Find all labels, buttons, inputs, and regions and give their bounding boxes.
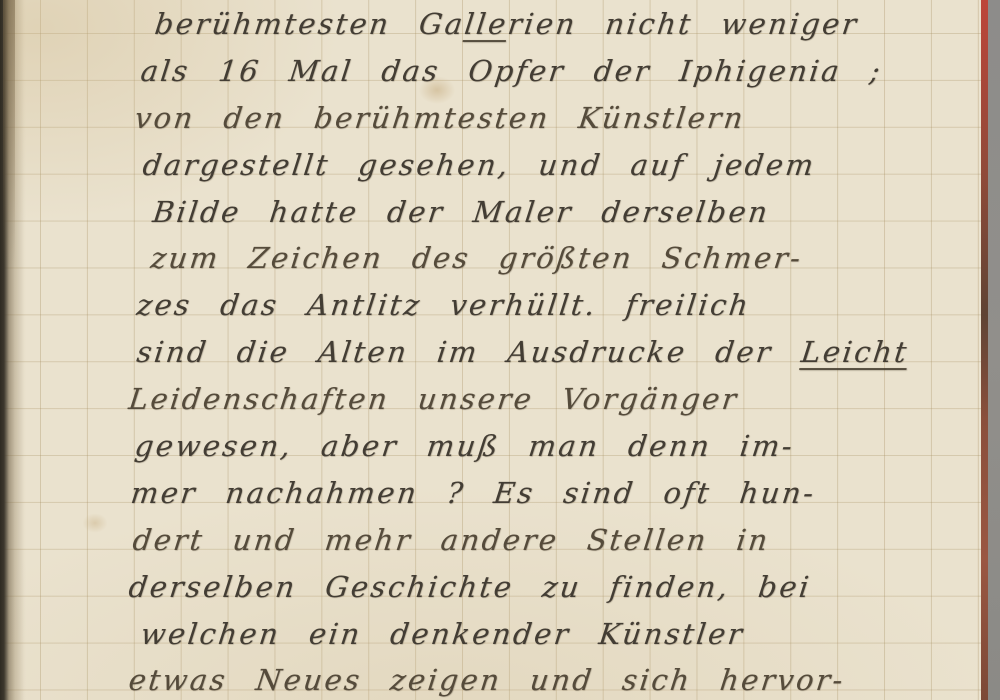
handwriting-line: Leidenschaften unsere Vorgänger xyxy=(0,376,990,423)
handwriting-line: zum Zeichen des größten Schmer- xyxy=(0,235,990,282)
line-text: derselben Geschichte zu finden, bei xyxy=(127,570,813,604)
handwriting-line: sind die Alten im Ausdrucke der Leicht xyxy=(0,329,990,376)
line-text: als 16 Mal das Opfer der Iphigenia ; xyxy=(139,54,884,88)
handwriting-line: zes das Antlitz verhüllt. freilich xyxy=(0,282,990,329)
line-text: mer nachahmen ? Es sind oft hun- xyxy=(129,476,818,510)
line-text: zes das Antlitz verhüllt. freilich xyxy=(135,288,753,322)
line-text: dargestellt gesehen, und auf jedem xyxy=(141,148,818,182)
line-text: berühmtesten Ga xyxy=(153,7,467,41)
handwriting-line: dert und mehr andere Stellen in xyxy=(0,517,990,564)
line-text: zum Zeichen des größten Schmer- xyxy=(149,241,805,275)
handwriting-line: berühmtesten Gallerien nicht weniger xyxy=(0,1,990,48)
line-text: rien nicht weniger xyxy=(506,7,861,41)
scan-background xyxy=(988,0,1000,700)
handwriting-line: Bilde hatte der Maler derselben xyxy=(0,189,990,236)
handwriting-line: mer nachahmen ? Es sind oft hun- xyxy=(0,470,990,517)
handwriting-line: derselben Geschichte zu finden, bei xyxy=(0,564,990,611)
line-text: dert und mehr andere Stellen in xyxy=(131,523,772,557)
line-text: gewesen, aber muß man denn im- xyxy=(133,429,796,463)
underlined-word: Leicht xyxy=(799,335,910,369)
line-text: welchen ein denkender Künstler xyxy=(139,617,747,651)
line-text: Leidenschaften unsere Vorgänger xyxy=(127,382,741,416)
handwriting-line: von den berühmtesten Künstlern xyxy=(0,95,990,142)
line-text: sind die Alten im Ausdrucke der xyxy=(135,335,804,369)
scan-root: berühmtesten Gallerien nicht weniger als… xyxy=(0,0,1000,700)
handwriting-line: welchen ein denkender Künstler xyxy=(0,611,990,658)
line-text: etwas Neues zeigen und sich hervor- xyxy=(127,663,847,697)
handwriting-line: dargestellt gesehen, und auf jedem xyxy=(0,142,990,189)
line-text: von den berühmtesten Künstlern xyxy=(133,101,747,135)
underlined-word: lle xyxy=(463,7,510,41)
handwriting-line: als 16 Mal das Opfer der Iphigenia ; xyxy=(0,48,990,95)
text-block: berühmtesten Gallerien nicht weniger als… xyxy=(0,1,984,700)
handwriting-line: gewesen, aber muß man denn im- xyxy=(0,423,990,470)
grid-paper: berühmtesten Gallerien nicht weniger als… xyxy=(0,0,984,700)
line-text: Bilde hatte der Maler derselben xyxy=(151,195,772,229)
handwriting-line: etwas Neues zeigen und sich hervor- xyxy=(0,657,990,700)
